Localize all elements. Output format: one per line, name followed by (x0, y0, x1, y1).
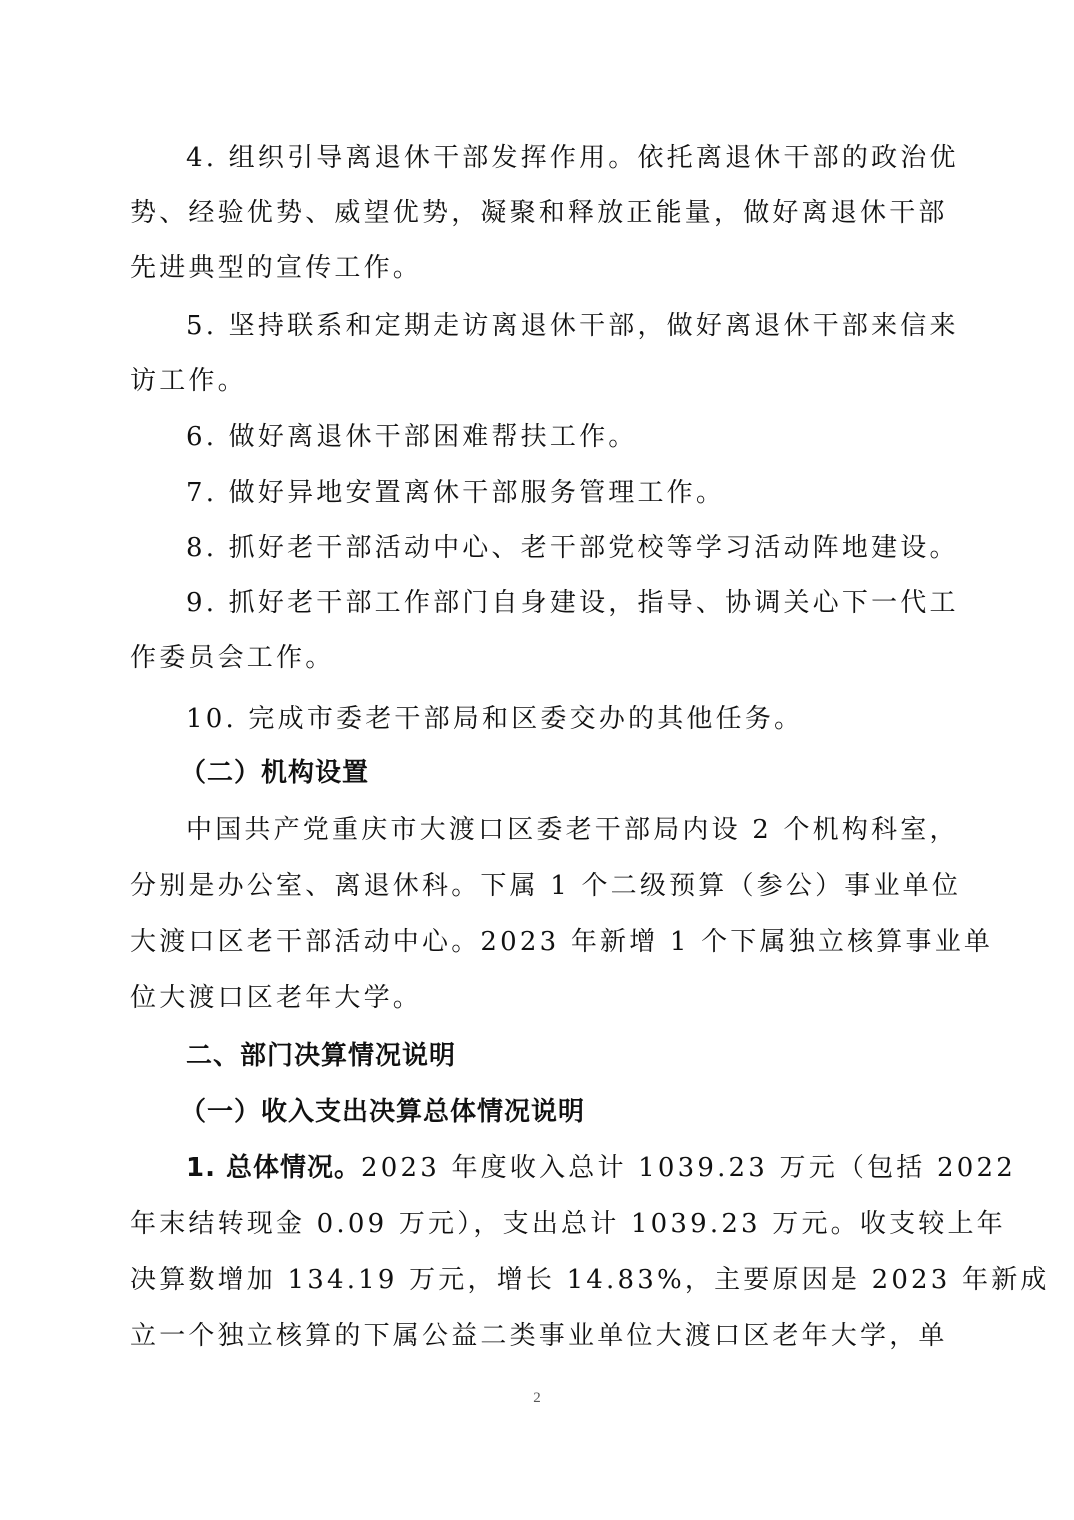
list-item-5-end: 访工作。 (130, 361, 946, 401)
list-item-10: 10. 完成市委老干部局和区委交办的其他任务。 (186, 699, 946, 739)
summary-paragraph-line-1: 1. 总体情况。2023 年度收入总计 1039.23 万元（包括 2022 (186, 1148, 946, 1188)
list-item-8: 8. 抓好老干部活动中心、老干部党校等学习活动阵地建设。 (186, 528, 946, 568)
org-paragraph-line-3: 大渡口区老干部活动中心。2023 年新增 1 个下属独立核算事业单 (130, 922, 946, 962)
list-item-9: 9. 抓好老干部工作部门自身建设，指导、协调关心下一代工 (186, 583, 946, 623)
list-item-4-end: 先进典型的宣传工作。 (130, 248, 946, 288)
list-item-4: 4. 组织引导离退休干部发挥作用。依托离退休干部的政治优 (186, 138, 946, 178)
list-item-5: 5. 坚持联系和定期走访离退休干部，做好离退休干部来信来 (186, 306, 946, 346)
summary-text: 2023 年度收入总计 1039.23 万元（包括 2022 (361, 1153, 1016, 1183)
summary-paragraph-line-2: 年末结转现金 0.09 万元），支出总计 1039.23 万元。收支较上年 (130, 1204, 946, 1244)
list-item-9-end: 作委员会工作。 (130, 638, 946, 678)
list-item-4-cont: 势、经验优势、威望优势，凝聚和释放正能量，做好离退休干部 (130, 193, 946, 233)
org-paragraph-line-2: 分别是办公室、离退休科。下属 1 个二级预算（参公）事业单位 (130, 866, 946, 906)
summary-label: 1. 总体情况。 (186, 1153, 361, 1183)
subsection-heading-income-expense: （一）收入支出决算总体情况说明 (180, 1092, 940, 1132)
section-heading-budget: 二、部门决算情况说明 (186, 1036, 946, 1076)
section-heading-org-structure: （二）机构设置 (180, 753, 940, 793)
summary-paragraph-line-3: 决算数增加 134.19 万元，增长 14.83%，主要原因是 2023 年新成 (130, 1260, 946, 1300)
page-number: 2 (0, 1390, 1074, 1407)
list-item-7: 7. 做好异地安置离休干部服务管理工作。 (186, 473, 946, 513)
list-item-6: 6. 做好离退休干部困难帮扶工作。 (186, 417, 946, 457)
summary-paragraph-line-4: 立一个独立核算的下属公益二类事业单位大渡口区老年大学，单 (130, 1316, 946, 1356)
org-paragraph-line-1: 中国共产党重庆市大渡口区委老干部局内设 2 个机构科室， (186, 810, 946, 850)
org-paragraph-line-4: 位大渡口区老年大学。 (130, 978, 946, 1018)
document-page: 4. 组织引导离退休干部发挥作用。依托离退休干部的政治优 势、经验优势、威望优势… (0, 0, 1074, 1520)
